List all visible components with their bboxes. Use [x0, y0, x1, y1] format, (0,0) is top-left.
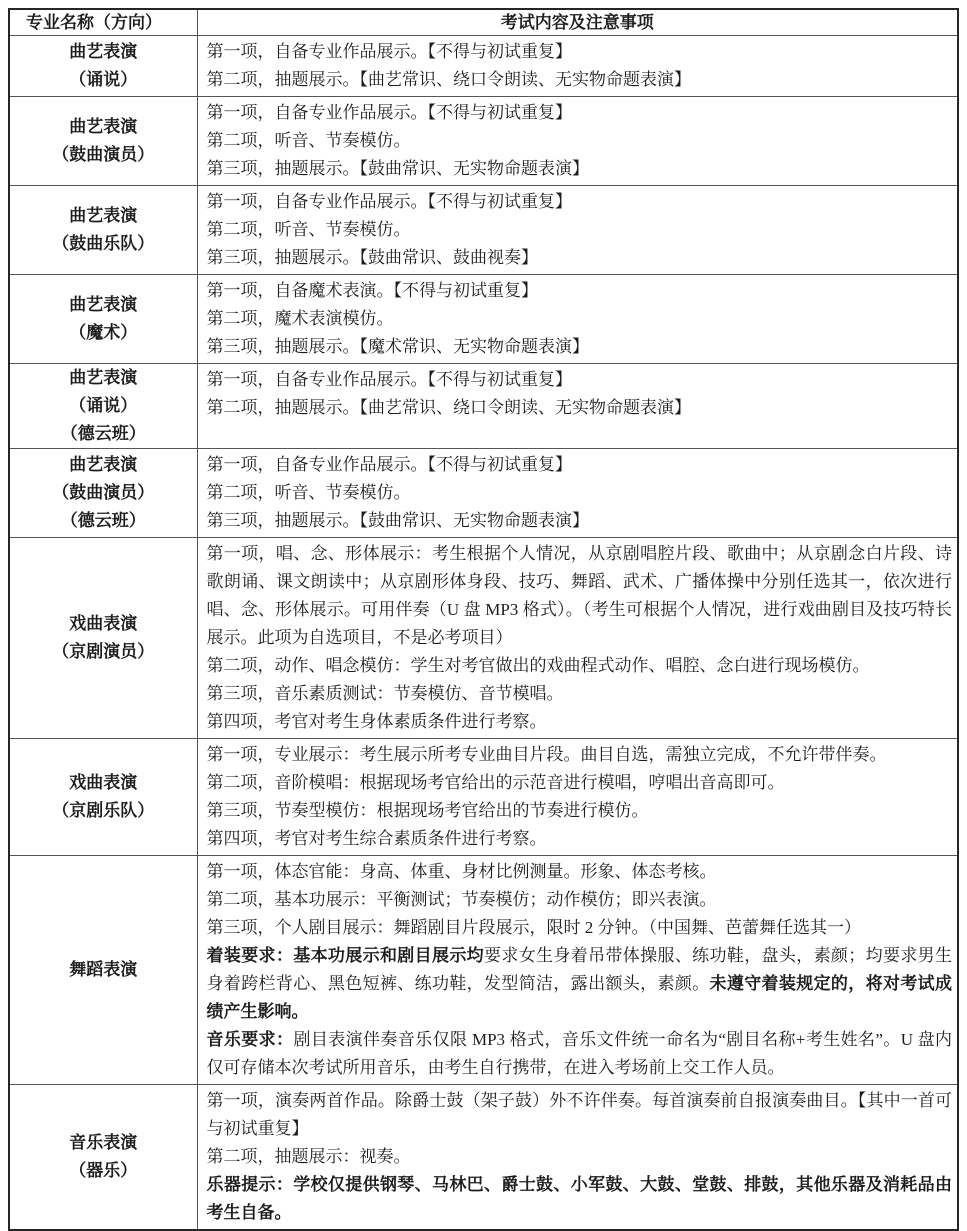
- major-name-line: （魔术）: [12, 319, 195, 347]
- major-name-line: 曲艺表演: [12, 38, 195, 66]
- content-text-bold: 乐器提示：学校仅提供钢琴、马林巴、爵士鼓、小军鼓、大鼓、堂鼓、排鼓，其他乐器及消…: [207, 1175, 953, 1222]
- header-major-name: 专业名称（方向）: [9, 9, 197, 36]
- content-paragraph: 第四项，考官对考生身体素质条件进行考察。: [207, 708, 953, 736]
- content-text: 第一项，专业展示：考生展示所考专业曲目片段。曲目自选，需独立完成，不允许带伴奏。: [207, 745, 887, 764]
- content-text: 第三项，音乐素质测试：节奏模仿、音节模唱。: [207, 684, 564, 703]
- content-paragraph: 第二项，抽题展示。【曲艺常识、绕口令朗读、无实物命题表演】: [207, 66, 953, 94]
- exam-content-cell: 第一项，专业展示：考生展示所考专业曲目片段。曲目自选，需独立完成，不允许带伴奏。…: [197, 739, 958, 856]
- content-paragraph: 第二项，动作、唱念模仿：学生对考官做出的戏曲程式动作、唱腔、念白进行现场模仿。: [207, 652, 953, 680]
- content-paragraph: 第三项，抽题展示。【鼓曲常识、鼓曲视奏】: [207, 244, 953, 272]
- content-paragraph: 第三项，音乐素质测试：节奏模仿、音节模唱。: [207, 680, 953, 708]
- content-paragraph: 第二项，抽题展示。【曲艺常识、绕口令朗读、无实物命题表演】: [207, 394, 953, 422]
- content-paragraph: 第二项，听音、节奏模仿。: [207, 479, 953, 507]
- content-text: 第一项，自备专业作品展示。【不得与初试重复】: [207, 455, 573, 474]
- major-name-cell: 曲艺表演（魔术）: [9, 275, 197, 364]
- content-paragraph: 第二项，音阶模唱：根据现场考官给出的示范音进行模唱，哼唱出音高即可。: [207, 769, 953, 797]
- content-paragraph: 第一项，自备专业作品展示。【不得与初试重复】: [207, 451, 953, 479]
- table-row: 曲艺表演（鼓曲演员）第一项，自备专业作品展示。【不得与初试重复】第二项，听音、节…: [9, 97, 958, 186]
- content-text: 第三项，抽题展示。【鼓曲常识、无实物命题表演】: [207, 511, 590, 530]
- major-name-line: 舞蹈表演: [12, 956, 195, 984]
- content-paragraph: 第一项，自备专业作品展示。【不得与初试重复】: [207, 188, 953, 216]
- major-name-line: （鼓曲演员）: [12, 479, 195, 507]
- content-paragraph: 第二项，听音、节奏模仿。: [207, 127, 953, 155]
- exam-content-cell: 第一项，自备专业作品展示。【不得与初试重复】第二项，抽题展示。【曲艺常识、绕口令…: [197, 364, 958, 449]
- table-row: 曲艺表演（诵说）（德云班）第一项，自备专业作品展示。【不得与初试重复】第二项，抽…: [9, 364, 958, 449]
- major-name-line: （鼓曲演员）: [12, 141, 195, 169]
- content-text-bold: 着装要求：基本功展示和剧目展示均: [207, 946, 485, 965]
- table-row: 曲艺表演（魔术）第一项，自备魔术表演。【不得与初试重复】第二项，魔术表演模仿。第…: [9, 275, 958, 364]
- content-text: 剧目表演伴奏音乐仅限 MP3 格式，音乐文件统一命名为“剧目名称+考生姓名”。U…: [207, 1030, 953, 1077]
- table-row: 音乐表演（器乐）第一项，演奏两首作品。除爵士鼓（架子鼓）外不许伴奏。每首演奏前自…: [9, 1085, 958, 1231]
- content-paragraph: 第二项，魔术表演模仿。: [207, 305, 953, 333]
- exam-requirements-table: 专业名称（方向） 考试内容及注意事项 曲艺表演（诵说）第一项，自备专业作品展示。…: [8, 8, 959, 1231]
- content-text: 第二项，音阶模唱：根据现场考官给出的示范音进行模唱，哼唱出音高即可。: [207, 773, 785, 792]
- major-name-cell: 曲艺表演（鼓曲乐队）: [9, 186, 197, 275]
- table-header-row: 专业名称（方向） 考试内容及注意事项: [9, 9, 958, 36]
- content-text: 第四项，考官对考生身体素质条件进行考察。: [207, 712, 547, 731]
- content-text: 第三项，抽题展示。【鼓曲常识、鼓曲视奏】: [207, 248, 539, 267]
- content-text: 第一项，唱、念、形体展示：考生根据个人情况，从京剧唱腔片段、歌曲中；从京剧念白片…: [207, 544, 953, 647]
- major-name-line: （京剧演员）: [12, 638, 195, 666]
- major-name-line: （德云班）: [12, 420, 195, 448]
- exam-content-cell: 第一项，自备魔术表演。【不得与初试重复】第二项，魔术表演模仿。第三项，抽题展示。…: [197, 275, 958, 364]
- table-row: 曲艺表演（鼓曲演员）（德云班）第一项，自备专业作品展示。【不得与初试重复】第二项…: [9, 449, 958, 538]
- exam-content-cell: 第一项，自备专业作品展示。【不得与初试重复】第二项，抽题展示。【曲艺常识、绕口令…: [197, 36, 958, 97]
- major-name-line: 戏曲表演: [12, 769, 195, 797]
- major-name-line: （德云班）: [12, 507, 195, 535]
- content-text: 第二项，动作、唱念模仿：学生对考官做出的戏曲程式动作、唱腔、念白进行现场模仿。: [207, 656, 870, 675]
- major-name-cell: 戏曲表演（京剧乐队）: [9, 739, 197, 856]
- content-paragraph: 音乐要求：剧目表演伴奏音乐仅限 MP3 格式，音乐文件统一命名为“剧目名称+考生…: [207, 1026, 953, 1082]
- major-name-line: （诵说）: [12, 66, 195, 94]
- major-name-line: 曲艺表演: [12, 202, 195, 230]
- major-name-line: 曲艺表演: [12, 451, 195, 479]
- content-paragraph: 第三项，抽题展示。【魔术常识、无实物命题表演】: [207, 333, 953, 361]
- major-name-cell: 戏曲表演（京剧演员）: [9, 538, 197, 739]
- content-text-bold: 音乐要求：: [207, 1030, 294, 1049]
- exam-content-cell: 第一项，唱、念、形体展示：考生根据个人情况，从京剧唱腔片段、歌曲中；从京剧念白片…: [197, 538, 958, 739]
- content-text: 第二项，抽题展示。【曲艺常识、绕口令朗读、无实物命题表演】: [207, 70, 692, 89]
- content-text: 第一项，体态官能：身高、体重、身材比例测量。形象、体态考核。: [207, 862, 717, 881]
- major-name-line: 曲艺表演: [12, 364, 195, 392]
- content-paragraph: 第一项，自备专业作品展示。【不得与初试重复】: [207, 366, 953, 394]
- content-paragraph: 第一项，体态官能：身高、体重、身材比例测量。形象、体态考核。: [207, 858, 953, 886]
- major-name-line: 曲艺表演: [12, 291, 195, 319]
- content-paragraph: 第四项，考官对考生综合素质条件进行考察。: [207, 825, 953, 853]
- table-body: 曲艺表演（诵说）第一项，自备专业作品展示。【不得与初试重复】第二项，抽题展示。【…: [9, 36, 958, 1231]
- table-row: 戏曲表演（京剧演员）第一项，唱、念、形体展示：考生根据个人情况，从京剧唱腔片段、…: [9, 538, 958, 739]
- content-paragraph: 第二项，基本功展示：平衡测试；节奏模仿；动作模仿；即兴表演。: [207, 886, 953, 914]
- major-name-line: 戏曲表演: [12, 610, 195, 638]
- major-name-line: （鼓曲乐队）: [12, 230, 195, 258]
- content-paragraph: 着装要求：基本功展示和剧目展示均要求女生身着吊带体操服、练功鞋，盘头，素颜；均要…: [207, 942, 953, 1026]
- table-row: 舞蹈表演第一项，体态官能：身高、体重、身材比例测量。形象、体态考核。第二项，基本…: [9, 856, 958, 1085]
- content-text: 第三项，节奏型模仿：根据现场考官给出的节奏进行模仿。: [207, 801, 649, 820]
- content-text: 第二项，抽题展示：视奏。: [207, 1147, 411, 1166]
- content-paragraph: 第二项，抽题展示：视奏。: [207, 1143, 953, 1171]
- content-paragraph: 第三项，个人剧目展示：舞蹈剧目片段展示，限时 2 分钟。（中国舞、芭蕾舞任选其一…: [207, 914, 953, 942]
- content-text: 第一项，自备专业作品展示。【不得与初试重复】: [207, 192, 573, 211]
- content-text: 第二项，听音、节奏模仿。: [207, 131, 411, 150]
- content-text: 第一项，自备专业作品展示。【不得与初试重复】: [207, 103, 573, 122]
- major-name-cell: 舞蹈表演: [9, 856, 197, 1085]
- header-exam-content: 考试内容及注意事项: [197, 9, 958, 36]
- content-text: 第二项，基本功展示：平衡测试；节奏模仿；动作模仿；即兴表演。: [207, 890, 717, 909]
- content-paragraph: 乐器提示：学校仅提供钢琴、马林巴、爵士鼓、小军鼓、大鼓、堂鼓、排鼓，其他乐器及消…: [207, 1171, 953, 1227]
- major-name-line: （诵说）: [12, 392, 195, 420]
- content-text: 第三项，抽题展示。【鼓曲常识、无实物命题表演】: [207, 159, 590, 178]
- content-text: 第二项，听音、节奏模仿。: [207, 220, 411, 239]
- content-paragraph: 第一项，唱、念、形体展示：考生根据个人情况，从京剧唱腔片段、歌曲中；从京剧念白片…: [207, 540, 953, 652]
- exam-content-cell: 第一项，体态官能：身高、体重、身材比例测量。形象、体态考核。第二项，基本功展示：…: [197, 856, 958, 1085]
- major-name-line: （京剧乐队）: [12, 797, 195, 825]
- major-name-line: （器乐）: [12, 1157, 195, 1185]
- content-text: 第一项，自备专业作品展示。【不得与初试重复】: [207, 42, 573, 61]
- content-paragraph: 第一项，自备专业作品展示。【不得与初试重复】: [207, 99, 953, 127]
- content-paragraph: 第三项，抽题展示。【鼓曲常识、无实物命题表演】: [207, 155, 953, 183]
- exam-content-cell: 第一项，演奏两首作品。除爵士鼓（架子鼓）外不许伴奏。每首演奏前自报演奏曲目。【其…: [197, 1085, 958, 1231]
- content-paragraph: 第一项，自备魔术表演。【不得与初试重复】: [207, 277, 953, 305]
- table-row: 曲艺表演（诵说）第一项，自备专业作品展示。【不得与初试重复】第二项，抽题展示。【…: [9, 36, 958, 97]
- content-paragraph: 第一项，自备专业作品展示。【不得与初试重复】: [207, 38, 953, 66]
- major-name-cell: 音乐表演（器乐）: [9, 1085, 197, 1231]
- major-name-cell: 曲艺表演（诵说）（德云班）: [9, 364, 197, 449]
- table-row: 曲艺表演（鼓曲乐队）第一项，自备专业作品展示。【不得与初试重复】第二项，听音、节…: [9, 186, 958, 275]
- major-name-line: 音乐表演: [12, 1129, 195, 1157]
- content-text: 第三项，抽题展示。【魔术常识、无实物命题表演】: [207, 337, 590, 356]
- content-text: 第一项，自备魔术表演。【不得与初试重复】: [207, 281, 539, 300]
- major-name-cell: 曲艺表演（诵说）: [9, 36, 197, 97]
- content-text: 第四项，考官对考生综合素质条件进行考察。: [207, 829, 547, 848]
- content-text: 第二项，听音、节奏模仿。: [207, 483, 411, 502]
- table-row: 戏曲表演（京剧乐队）第一项，专业展示：考生展示所考专业曲目片段。曲目自选，需独立…: [9, 739, 958, 856]
- exam-content-cell: 第一项，自备专业作品展示。【不得与初试重复】第二项，听音、节奏模仿。第三项，抽题…: [197, 186, 958, 275]
- content-paragraph: 第三项，节奏型模仿：根据现场考官给出的节奏进行模仿。: [207, 797, 953, 825]
- major-name-cell: 曲艺表演（鼓曲演员）（德云班）: [9, 449, 197, 538]
- content-paragraph: 第三项，抽题展示。【鼓曲常识、无实物命题表演】: [207, 507, 953, 535]
- content-paragraph: 第一项，演奏两首作品。除爵士鼓（架子鼓）外不许伴奏。每首演奏前自报演奏曲目。【其…: [207, 1087, 953, 1143]
- exam-content-cell: 第一项，自备专业作品展示。【不得与初试重复】第二项，听音、节奏模仿。第三项，抽题…: [197, 97, 958, 186]
- content-text: 第一项，自备专业作品展示。【不得与初试重复】: [207, 370, 573, 389]
- document-page: 专业名称（方向） 考试内容及注意事项 曲艺表演（诵说）第一项，自备专业作品展示。…: [0, 0, 967, 1211]
- content-text: 第一项，演奏两首作品。除爵士鼓（架子鼓）外不许伴奏。每首演奏前自报演奏曲目。【其…: [207, 1091, 953, 1138]
- major-name-cell: 曲艺表演（鼓曲演员）: [9, 97, 197, 186]
- major-name-line: 曲艺表演: [12, 113, 195, 141]
- content-text: 第二项，魔术表演模仿。: [207, 309, 394, 328]
- exam-content-cell: 第一项，自备专业作品展示。【不得与初试重复】第二项，听音、节奏模仿。第三项，抽题…: [197, 449, 958, 538]
- content-text: 第三项，个人剧目展示：舞蹈剧目片段展示，限时 2 分钟。（中国舞、芭蕾舞任选其一…: [207, 918, 862, 937]
- content-text: 第二项，抽题展示。【曲艺常识、绕口令朗读、无实物命题表演】: [207, 398, 692, 417]
- content-paragraph: 第一项，专业展示：考生展示所考专业曲目片段。曲目自选，需独立完成，不允许带伴奏。: [207, 741, 953, 769]
- content-paragraph: 第二项，听音、节奏模仿。: [207, 216, 953, 244]
